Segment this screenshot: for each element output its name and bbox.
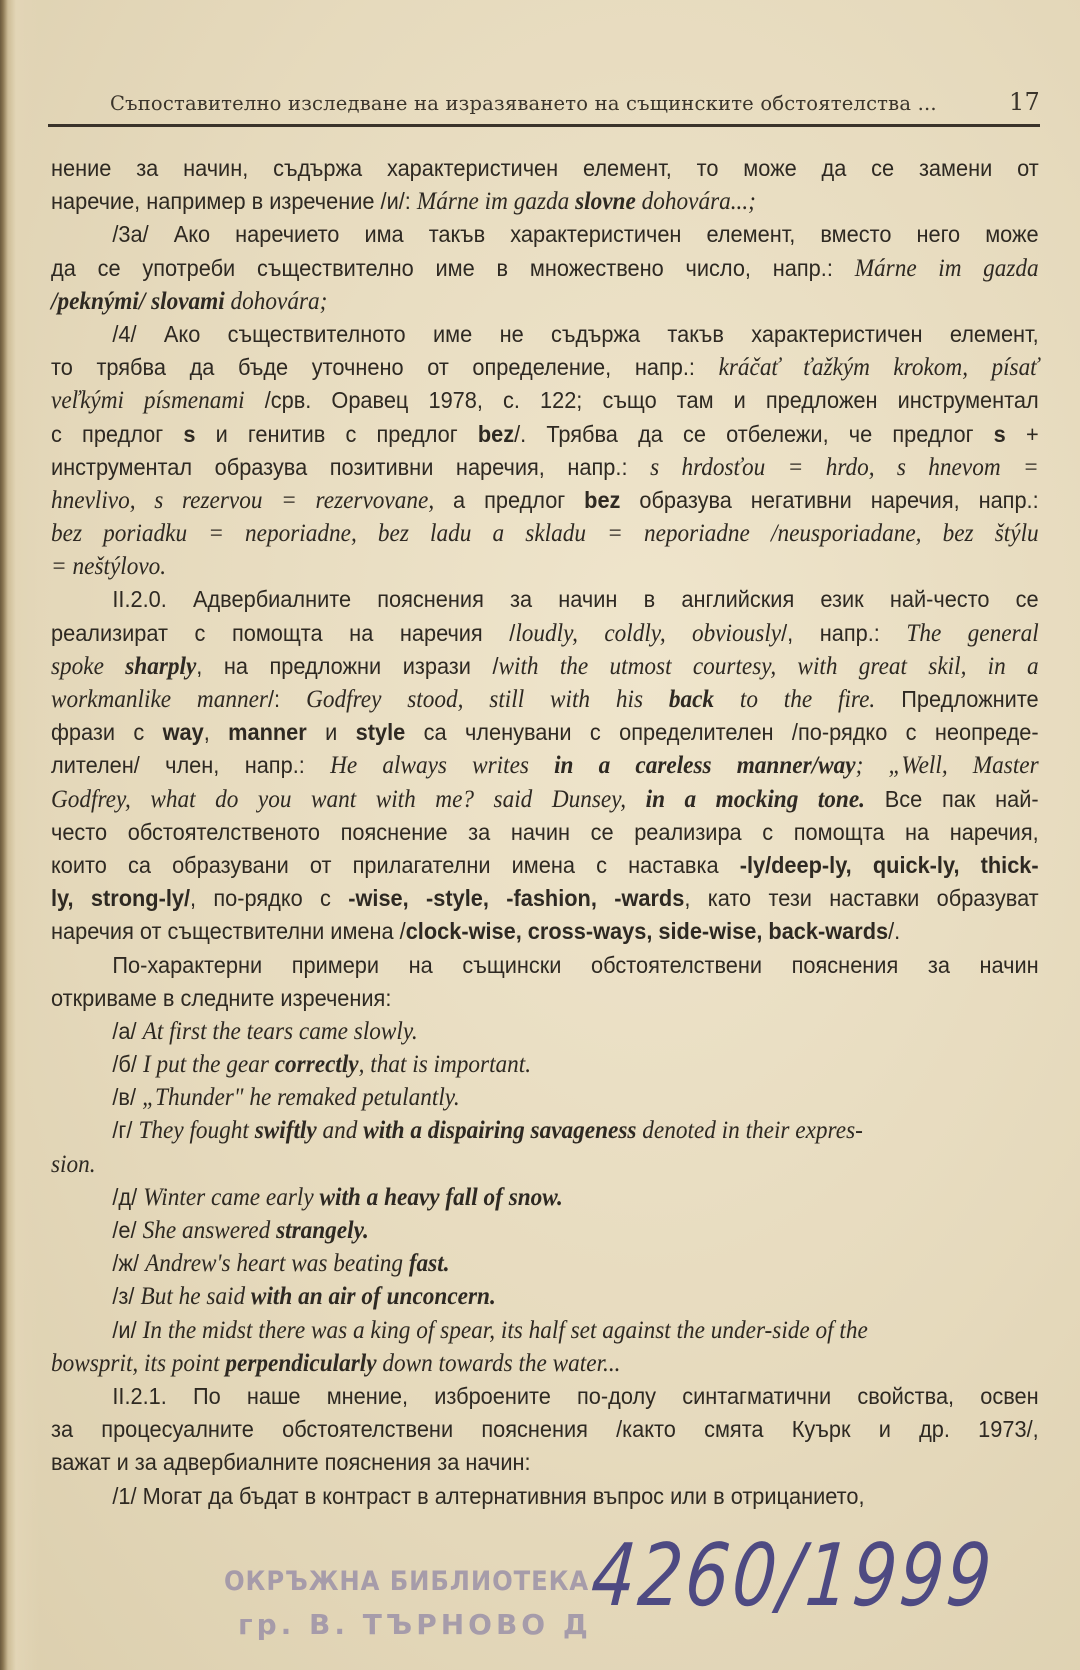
text-line: /3а/ Ако наречието има такъв характерист… — [51, 218, 1039, 251]
text-line: често обстоятелственото пояснение за нач… — [51, 816, 1039, 849]
text-line: bez poriadku = neporiadne, bez ladu a sk… — [51, 517, 1039, 550]
text-line: /4/ Ако съществителното име не съдържа т… — [51, 318, 1039, 351]
text-line: нение за начин, съдържа характеристичен … — [51, 152, 1039, 185]
text-line: наречие, например в изречение /и/: Márne… — [51, 185, 1039, 218]
text-line: /б/ I put the gear correctly, that is im… — [51, 1048, 1039, 1081]
text-line: да се употреби съществително име в множе… — [51, 252, 1039, 285]
text-line: които са образувани от прилагателни имен… — [51, 849, 1039, 882]
text-line: /в/ „Thunder" he remaked petulantly. — [51, 1081, 1039, 1114]
text-line: /и/ In the midst there was a king of spe… — [51, 1314, 1039, 1347]
text-line: = neštýlovo. — [51, 550, 1039, 583]
text-line: реализират с помощта на наречия /loudly,… — [51, 617, 1039, 650]
text-line: с предлог s и генитив с предлог bez/. Тр… — [51, 418, 1039, 451]
text-line: spoke sharply, на предложни изрази /with… — [51, 650, 1039, 683]
text-line: ly, strong-ly/, по-рядко с -wise, -style… — [51, 882, 1039, 915]
text-line: инструментал образува позитивни наречия,… — [51, 451, 1039, 484]
text-line: hnevlivo, s rezervou = rezervovane, а пр… — [51, 484, 1039, 517]
library-stamp-line2: гр. В. ТЪРНОВО Д — [238, 1608, 592, 1641]
text-line: workmanlike manner/: Godfrey stood, stil… — [51, 683, 1039, 716]
text-line: то трябва да бъде уточнено от определени… — [51, 351, 1039, 384]
text-line: bowsprit, its point perpendicularly down… — [51, 1347, 1039, 1380]
text-line: veľkými písmenami /срв. Оравец 1978, с. … — [51, 384, 1039, 417]
text-line: II.2.1. По наше мнение, изброените по-до… — [51, 1380, 1039, 1413]
text-line: /д/ Winter came early with a heavy fall … — [51, 1181, 1039, 1214]
scanned-book-page: Съпоставително изследване на изразяванет… — [0, 0, 1080, 1670]
text-line: наречия от съществителни имена /clock-wi… — [51, 915, 1039, 948]
text-line: /е/ She answered strangely. — [51, 1214, 1039, 1247]
text-line: /peknými/ slovami dohovára; — [51, 285, 1039, 318]
page-number: 17 — [1009, 88, 1040, 116]
text-line: /ж/ Andrew's heart was beating fast. — [51, 1247, 1039, 1280]
text-line: По-характерни примери на същински обстоя… — [51, 949, 1039, 982]
header-rule — [48, 124, 1040, 127]
text-line: фрази с way, manner и style са членувани… — [51, 716, 1039, 749]
text-line: /а/ At first the tears came slowly. — [51, 1015, 1039, 1048]
text-line: /з/ But he said with an air of unconcern… — [51, 1280, 1039, 1313]
text-line: за процесуалните обстоятелствени пояснен… — [51, 1413, 1039, 1446]
running-head-title: Съпоставително изследване на изразяванет… — [110, 92, 937, 115]
text-line: /1/ Могат да бъдат в контраст в алтернат… — [51, 1480, 1039, 1513]
text-line: II.2.0. Адвербиалните пояснения за начин… — [51, 583, 1039, 616]
body-text: нение за начин, съдържа характеристичен … — [51, 152, 1039, 1513]
text-line: откриваме в следните изречения: — [51, 982, 1039, 1015]
handwritten-inventory-number: 4260/1999 — [588, 1526, 999, 1626]
text-line: Godfrey, what do you want with me? said … — [51, 783, 1039, 816]
text-line: важат и за адвербиалните пояснения за на… — [51, 1446, 1039, 1479]
text-line: sion. — [51, 1148, 1039, 1181]
text-line: /г/ They fought swiftly and with a dispa… — [51, 1114, 1039, 1147]
text-line: лителен/ член, напр.: He always writes i… — [51, 749, 1039, 782]
library-stamp-line1: ОКРЪЖНА БИБЛИОТЕКА — [224, 1566, 589, 1597]
